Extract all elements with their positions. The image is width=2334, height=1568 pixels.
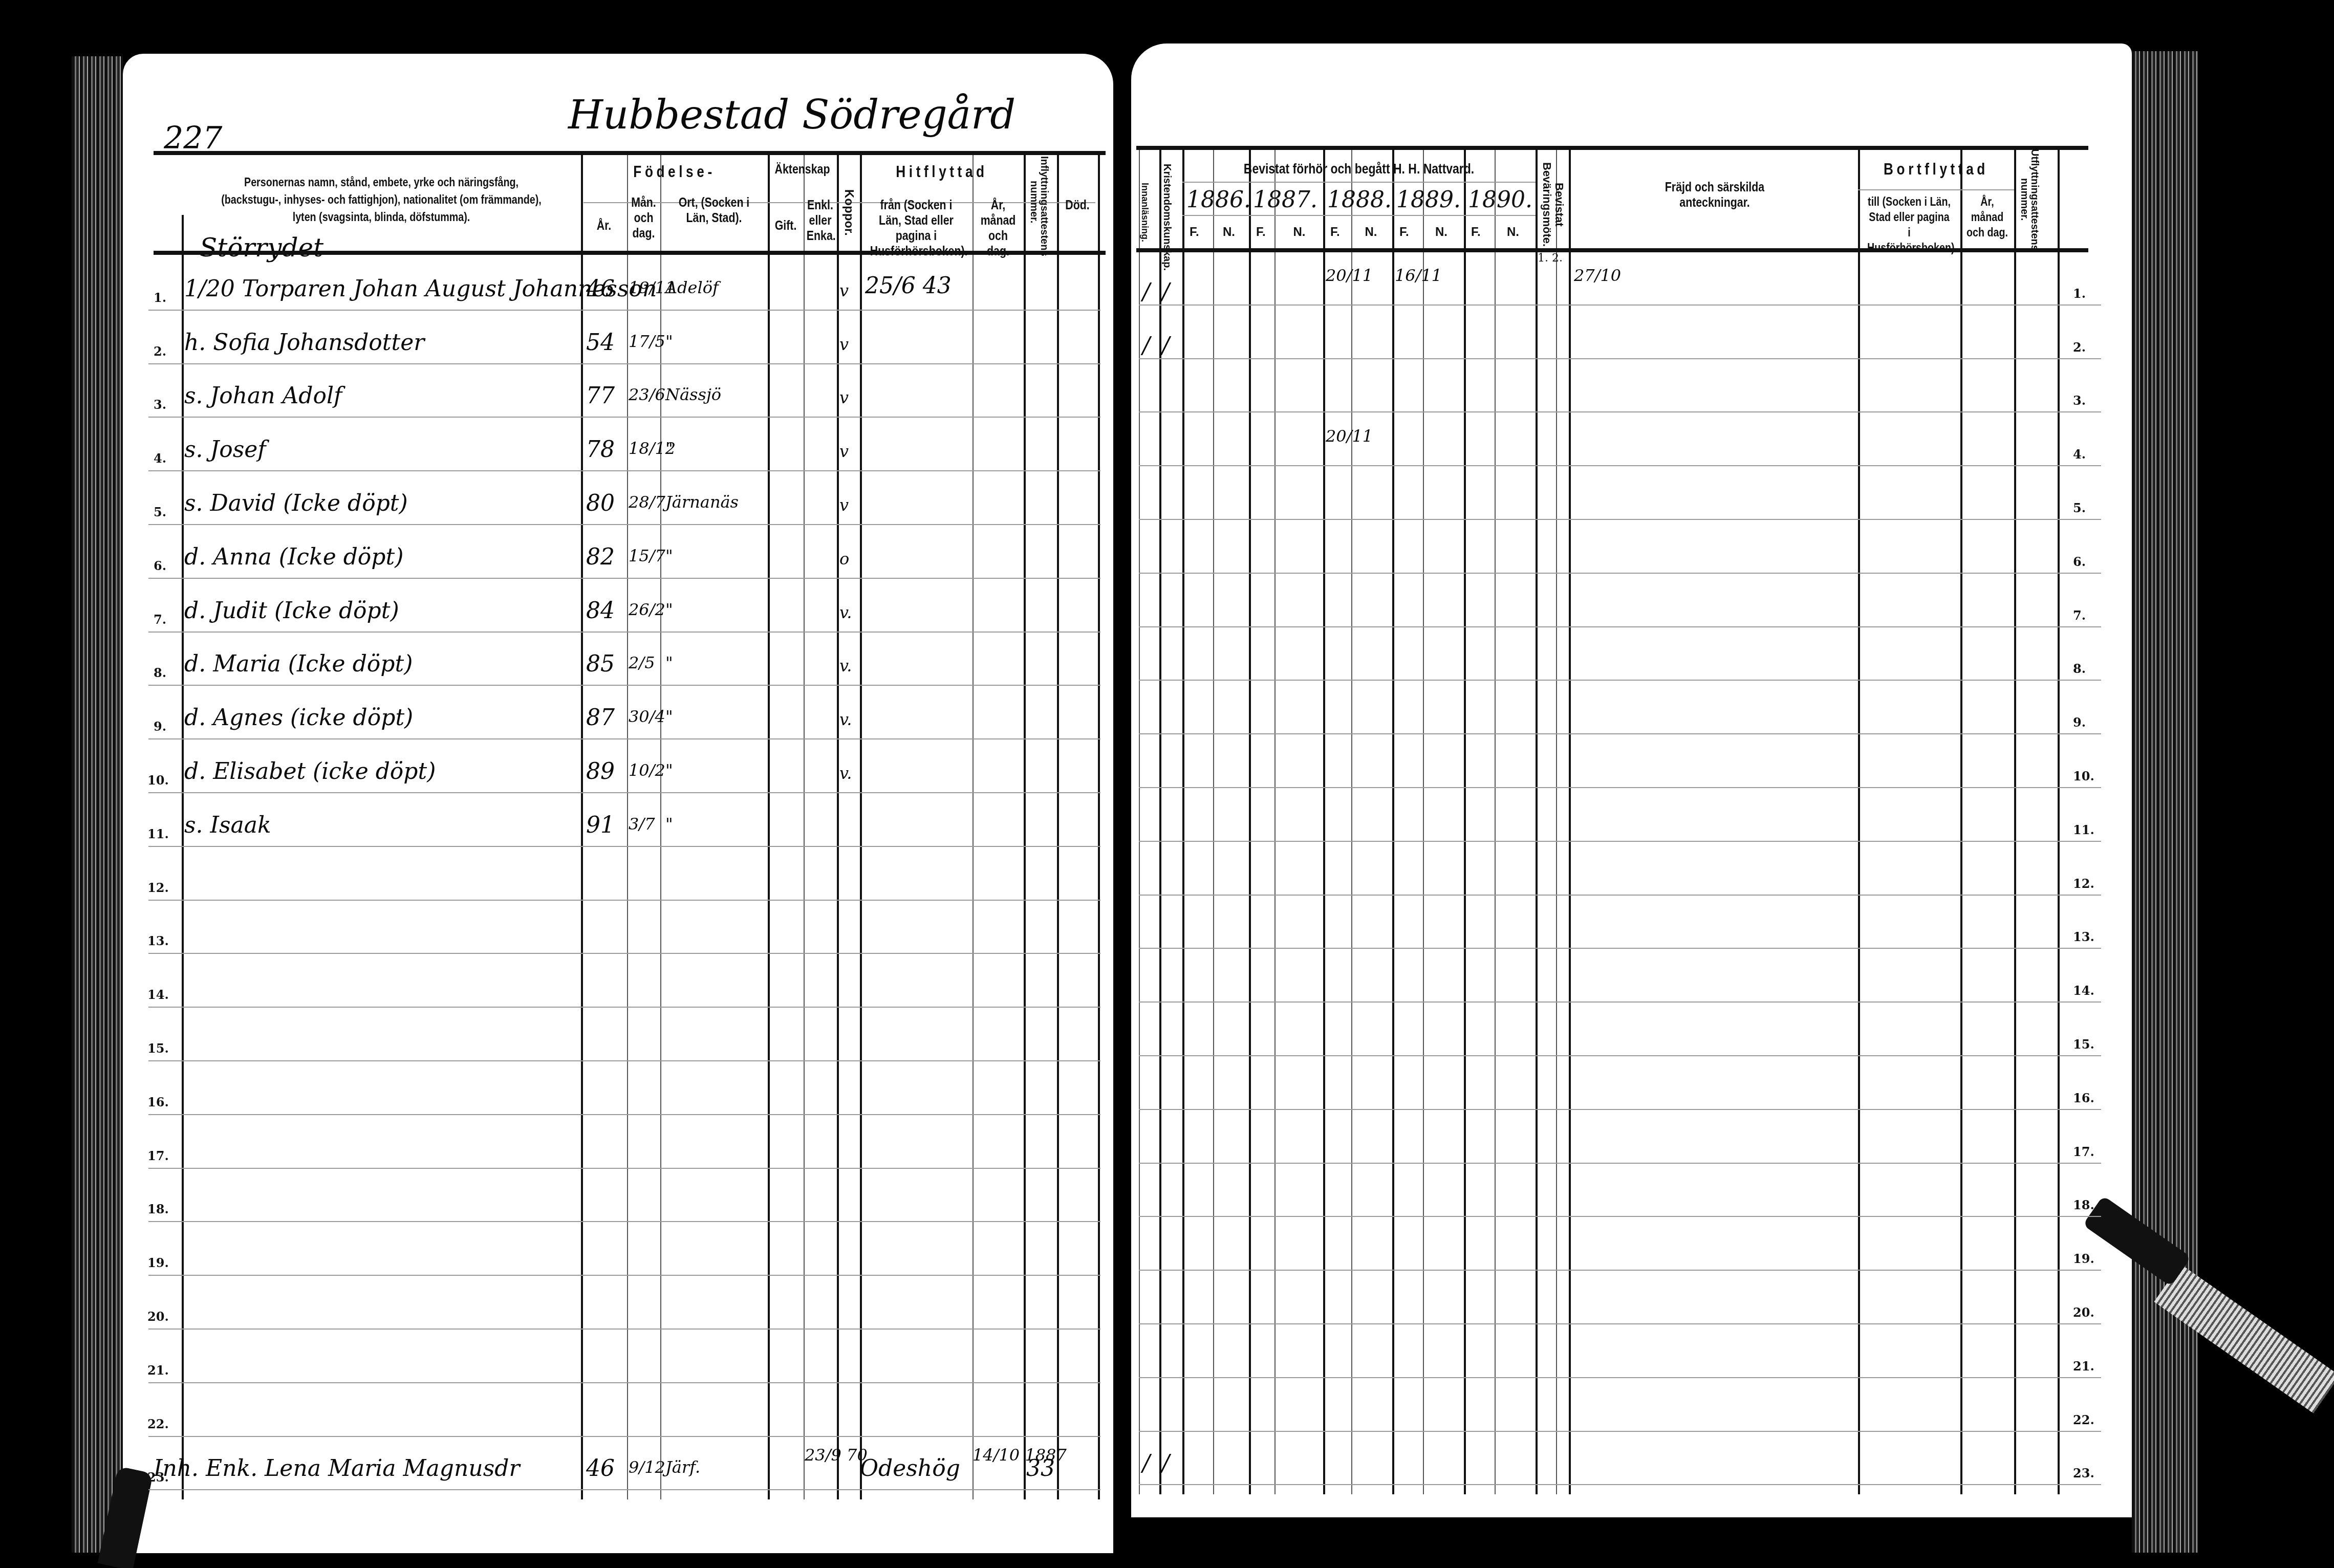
column-rule xyxy=(1249,148,1251,1494)
f-label: F. xyxy=(1256,225,1266,239)
entry-from: 25/6 43 xyxy=(865,273,952,299)
column-rule xyxy=(1423,148,1424,1494)
row-rule xyxy=(148,1436,1100,1437)
row-number-right: 10. xyxy=(2073,769,2094,783)
row-rule xyxy=(1139,411,2101,412)
row-rule xyxy=(1139,1484,2101,1485)
row-number-right: 6. xyxy=(2073,554,2086,569)
row-number-left: 12. xyxy=(147,880,169,895)
row-number-left: 9. xyxy=(154,719,166,734)
column-rule xyxy=(627,154,628,1499)
entry-name: d. Elisabet (icke döpt) xyxy=(184,758,436,785)
column-rule xyxy=(1536,148,1538,1494)
entry-birth-date: 26/2 xyxy=(629,600,665,619)
row-rule xyxy=(148,900,1100,901)
row-rule xyxy=(1139,465,2101,466)
row-number-right: 19. xyxy=(2073,1251,2094,1266)
row-rule xyxy=(1139,1163,2101,1164)
row-number-left: 20. xyxy=(147,1309,169,1324)
row-number-left: 2. xyxy=(154,344,166,359)
entry-koppor: v xyxy=(839,442,849,461)
row-rule xyxy=(148,1275,1100,1276)
entry-koppor: v. xyxy=(839,764,852,783)
row-number-left: 4. xyxy=(154,451,166,466)
row-rule xyxy=(1139,733,2101,734)
row-number-right: 2. xyxy=(2073,340,2086,355)
year-label: 1886. xyxy=(1186,187,1251,213)
column-rule xyxy=(1057,154,1059,1499)
row-rule xyxy=(1139,948,2101,949)
header-kristendom: Kristendomskunskap. xyxy=(1162,164,1172,251)
row-number-left: 8. xyxy=(154,665,166,680)
row-number-left: 14. xyxy=(147,987,169,1002)
row-number-right: 21. xyxy=(2073,1359,2094,1374)
row-number-right: 12. xyxy=(2073,876,2094,891)
column-rule xyxy=(1323,148,1325,1494)
header-aktenskap: Äktenskap xyxy=(774,161,831,177)
row-number-right: 14. xyxy=(2073,983,2094,998)
year-label: 1887. xyxy=(1253,187,1317,213)
column-rule xyxy=(1464,148,1466,1494)
entry-birth-date: 23/6 xyxy=(629,385,665,404)
entry-birth-year: 89 xyxy=(586,758,615,785)
entry-birth-year: 84 xyxy=(586,598,615,624)
entry-birth-date: 17/5 xyxy=(629,332,665,351)
column-rule xyxy=(1392,148,1394,1494)
row-number-right: 3. xyxy=(2073,393,2086,408)
row-number-right: 23. xyxy=(2073,1466,2094,1480)
entry-birth-date: 10/2 xyxy=(629,760,665,780)
row-rule xyxy=(1139,1323,2101,1324)
entry-birth-date: 15/7 xyxy=(629,546,665,565)
entry-innanlasning: / xyxy=(1142,1450,1150,1476)
entry-name: h. Sofia Johansdotter xyxy=(184,330,424,356)
entry-birth-place: " xyxy=(665,814,673,834)
entry-widow-date: 23/9 70 xyxy=(805,1445,868,1465)
column-rule xyxy=(1213,148,1214,1494)
entry-1888-f: 20/11 xyxy=(1326,266,1373,285)
header-fran: från (Socken i Län, Stad eller pagina i … xyxy=(870,197,962,258)
column-rule xyxy=(837,154,839,1499)
entry-1889-f: 16/11 xyxy=(1395,266,1442,285)
row-number-left: 10. xyxy=(147,773,169,788)
header-frajd: Fräjd och särskilda anteckningar. xyxy=(1631,179,1799,210)
row-number-right: 22. xyxy=(2073,1412,2094,1427)
entry-birth-year: 82 xyxy=(586,544,615,570)
row-number-left: 7. xyxy=(154,612,166,627)
entry-innanlasning: / xyxy=(1142,333,1150,359)
column-rule xyxy=(581,154,583,1499)
row-rule xyxy=(1139,680,2101,681)
entry-name: d. Maria (Icke döpt) xyxy=(184,651,413,677)
entry-birth-place: " xyxy=(665,760,673,780)
row-number-left: 1. xyxy=(154,290,166,305)
entry-koppor: o xyxy=(839,549,849,569)
row-rule xyxy=(148,470,1100,471)
header-top-rule xyxy=(154,151,1106,155)
row-rule xyxy=(1139,304,2101,306)
row-rule xyxy=(1139,358,2101,359)
row-rule xyxy=(1139,1431,2101,1432)
row-rule xyxy=(148,1382,1100,1383)
column-rule xyxy=(972,154,974,1499)
row-rule xyxy=(148,685,1100,686)
header-innanlasning: Innanläsning. xyxy=(1140,169,1150,256)
entry-birth-year: 91 xyxy=(586,812,615,838)
subheader-rule xyxy=(1182,182,1536,183)
row-rule xyxy=(1139,1055,2101,1056)
row-rule xyxy=(148,310,1100,311)
n-label: N. xyxy=(1223,225,1235,239)
entry-birth-date: 3/7 xyxy=(629,814,655,834)
column-rule xyxy=(860,154,862,1499)
village-name: Störrydet xyxy=(200,233,323,263)
entry-birth-place: Adelöf xyxy=(665,278,719,297)
row-number-left: 16. xyxy=(147,1095,169,1109)
row-number-right: 16. xyxy=(2073,1091,2094,1105)
entry-from: Odeshög xyxy=(860,1455,960,1482)
header-man-dag: Mån. och dag. xyxy=(630,194,657,241)
header-koppor: Koppor. xyxy=(842,184,855,241)
header-inflyttning: Inflyttningsattestens nummer. xyxy=(1029,156,1049,248)
column-rule xyxy=(1960,148,1962,1494)
row-rule xyxy=(1139,1270,2101,1271)
book-edge-right xyxy=(2132,51,2198,1553)
header-bortflyttad: Bortflyttad xyxy=(1872,161,2000,177)
row-number-right: 9. xyxy=(2073,715,2086,730)
entry-birth-place: " xyxy=(665,600,673,619)
row-rule xyxy=(148,524,1100,525)
column-rule xyxy=(1098,154,1100,1499)
entry-birth-year: 77 xyxy=(586,383,615,409)
row-rule xyxy=(1139,787,2101,788)
header-fodelse: Födelse- xyxy=(598,164,751,179)
entry-koppor: v. xyxy=(839,710,852,729)
entry-birth-place: Nässjö xyxy=(665,385,721,404)
row-number-right: 17. xyxy=(2073,1144,2094,1159)
entry-birth-place: " xyxy=(665,653,673,672)
entry-name: d. Judit (Icke döpt) xyxy=(184,598,399,624)
row-rule xyxy=(1139,1001,2101,1003)
entry-birth-place: Järnanäs xyxy=(665,492,739,512)
row-number-left: 21. xyxy=(147,1363,169,1378)
header-person: Personernas namn, stånd, embete, yrke oc… xyxy=(218,174,545,226)
entry-name: Inh. Enk. Lena Maria Magnusdr xyxy=(154,1455,520,1482)
row-rule xyxy=(148,578,1100,579)
entry-birth-place: Järf. xyxy=(665,1457,700,1477)
entry-attest-number: 33 xyxy=(1026,1455,1055,1482)
column-rule xyxy=(804,154,805,1499)
row-number-right: 13. xyxy=(2073,929,2094,944)
row-rule xyxy=(1139,519,2101,520)
row-number-right: 1. xyxy=(2073,286,2086,301)
header-utflyttning: Utflyttningsattestens nummer. xyxy=(2019,148,2040,251)
entry-name: s. Johan Adolf xyxy=(184,383,342,409)
row-number-left: 6. xyxy=(154,558,166,573)
row-rule xyxy=(148,1489,1100,1490)
entry-birth-year: 80 xyxy=(586,490,615,516)
book-edge-left xyxy=(72,56,123,1553)
entry-birth-year: 46 xyxy=(586,1455,615,1482)
entry-birth-date: 30/4 xyxy=(629,707,665,726)
row-number-right: 5. xyxy=(2073,500,2086,515)
entry-birth-place: " xyxy=(665,546,673,565)
header-ort: Ort, (Socken i Län, Stad). xyxy=(670,194,758,225)
header-gift: Gift. xyxy=(771,217,800,233)
header-bevaringsmote: Bevistat Beväringsmöte. xyxy=(1541,159,1565,251)
entry-koppor: v. xyxy=(839,603,852,622)
entry-birth-year: 87 xyxy=(586,705,615,731)
row-number-left: 11. xyxy=(147,826,169,841)
row-rule xyxy=(148,1221,1100,1222)
row-number-right: 18. xyxy=(2073,1197,2094,1212)
row-rule xyxy=(148,792,1100,793)
row-rule xyxy=(148,953,1100,954)
row-rule xyxy=(148,1007,1100,1008)
row-number-right: 11. xyxy=(2073,822,2094,837)
row-rule xyxy=(148,1329,1100,1330)
column-rule xyxy=(768,154,770,1499)
header-top-rule xyxy=(1136,146,2088,150)
subheader-rule xyxy=(1858,189,2014,190)
subheader-rule xyxy=(1182,215,1536,216)
header-bevistat-forhor: Bevistat förhör och begått H. H. Nattvar… xyxy=(1214,161,1504,177)
entry-kristendom: / xyxy=(1162,1450,1170,1476)
entry-name: d. Agnes (icke döpt) xyxy=(184,705,413,731)
header-hitflyttad: Hitflyttad xyxy=(875,164,1009,179)
row-rule xyxy=(1139,573,2101,574)
row-rule xyxy=(1139,1216,2101,1217)
entry-name: s. Josef xyxy=(184,437,266,463)
column-rule xyxy=(2014,148,2016,1494)
column-rule xyxy=(1159,148,1161,1494)
n-label: N. xyxy=(1507,225,1519,239)
entry-birth-year: 78 xyxy=(586,437,615,463)
row-rule xyxy=(1139,895,2101,896)
entry-1888-f: 20/11 xyxy=(1326,426,1373,446)
row-number-right: 7. xyxy=(2073,608,2086,623)
row-number-right: 4. xyxy=(2073,447,2086,462)
entry-birth-year: 46 xyxy=(586,276,615,302)
row-rule xyxy=(148,1114,1100,1115)
row-rule xyxy=(148,1168,1100,1169)
row-rule xyxy=(148,1060,1100,1061)
entry-koppor: v xyxy=(839,388,849,407)
entry-koppor: v xyxy=(839,281,849,300)
column-rule xyxy=(660,154,661,1499)
entry-name: d. Anna (Icke döpt) xyxy=(184,544,403,570)
row-number-left: 15. xyxy=(147,1041,169,1056)
row-rule xyxy=(148,631,1100,633)
column-rule xyxy=(2058,148,2060,1494)
n-label: N. xyxy=(1365,225,1377,239)
row-number-left: 5. xyxy=(154,505,166,519)
row-rule xyxy=(1139,626,2101,627)
row-number-right: 8. xyxy=(2073,661,2086,676)
column-rule xyxy=(1182,148,1184,1494)
entry-koppor: v xyxy=(839,335,849,354)
header-till: till (Socken i Län, Stad eller pagina i … xyxy=(1867,194,1951,256)
entry-birth-year: 54 xyxy=(586,330,615,356)
f-label: F. xyxy=(1330,225,1340,239)
row-number-left: 13. xyxy=(147,933,169,948)
row-number-left: 19. xyxy=(147,1255,169,1270)
f-label: F. xyxy=(1190,225,1199,239)
row-number-left: 22. xyxy=(147,1417,169,1431)
entry-birth-date: 28/7 xyxy=(629,492,665,512)
entry-kristendom: / xyxy=(1162,279,1170,305)
header-bort-ar: År, månad och dag. xyxy=(1965,194,2009,241)
right-page xyxy=(1131,43,2132,1517)
entry-koppor: v. xyxy=(839,656,852,676)
row-rule xyxy=(148,738,1100,739)
row-rule xyxy=(1139,841,2101,842)
entry-name: s. Isaak xyxy=(184,812,271,838)
n-label: N. xyxy=(1293,225,1306,239)
row-rule xyxy=(1139,1377,2101,1378)
column-rule xyxy=(1351,148,1352,1494)
n-label: N. xyxy=(1435,225,1447,239)
entry-birth-date: 9/12 xyxy=(629,1457,665,1477)
header-ar: År. xyxy=(585,217,623,233)
entry-name: s. David (Icke döpt) xyxy=(184,490,408,516)
entry-innanlasning: / xyxy=(1142,279,1150,305)
row-number-left: 17. xyxy=(147,1148,169,1163)
f-label: F. xyxy=(1399,225,1409,239)
header-bevaring-sub: 1. 2. xyxy=(1538,252,1563,265)
f-label: F. xyxy=(1471,225,1481,239)
entry-birth-year: 85 xyxy=(586,651,615,677)
row-number-right: 20. xyxy=(2073,1305,2094,1320)
year-label: 1888. xyxy=(1327,187,1392,213)
column-rule xyxy=(1569,148,1571,1494)
entry-birth-place: " xyxy=(665,332,673,351)
year-label: 1889. xyxy=(1396,187,1461,213)
header-enkl: Enkl. eller Enka. xyxy=(807,197,834,243)
row-number-left: 18. xyxy=(147,1202,169,1216)
entry-birth-place: " xyxy=(665,707,673,726)
row-number-right: 15. xyxy=(2073,1037,2094,1052)
row-rule xyxy=(148,846,1100,847)
column-rule xyxy=(1139,148,1140,1494)
entry-birth-date: 2/5 xyxy=(629,653,655,672)
entry-birth-place: " xyxy=(665,439,673,458)
column-rule xyxy=(1495,148,1496,1494)
entry-koppor: v xyxy=(839,495,849,515)
header-ar-manad-dag: År, månad och dag. xyxy=(977,197,1019,258)
entry-kristendom: / xyxy=(1162,333,1170,359)
column-rule xyxy=(1024,154,1026,1499)
row-rule xyxy=(148,417,1100,418)
row-rule xyxy=(148,363,1100,364)
entry-frajd: 27/10 xyxy=(1574,266,1621,285)
row-rule xyxy=(1139,1109,2101,1110)
row-number-left: 3. xyxy=(154,397,166,412)
farm-title: Hubbestad Södregård xyxy=(568,92,1015,138)
header-dod: Död. xyxy=(1061,197,1094,212)
column-rule xyxy=(1556,148,1557,1494)
column-rule xyxy=(182,215,184,1499)
column-rule xyxy=(1274,148,1276,1494)
year-label: 1890. xyxy=(1468,187,1532,213)
column-rule xyxy=(1858,148,1860,1494)
